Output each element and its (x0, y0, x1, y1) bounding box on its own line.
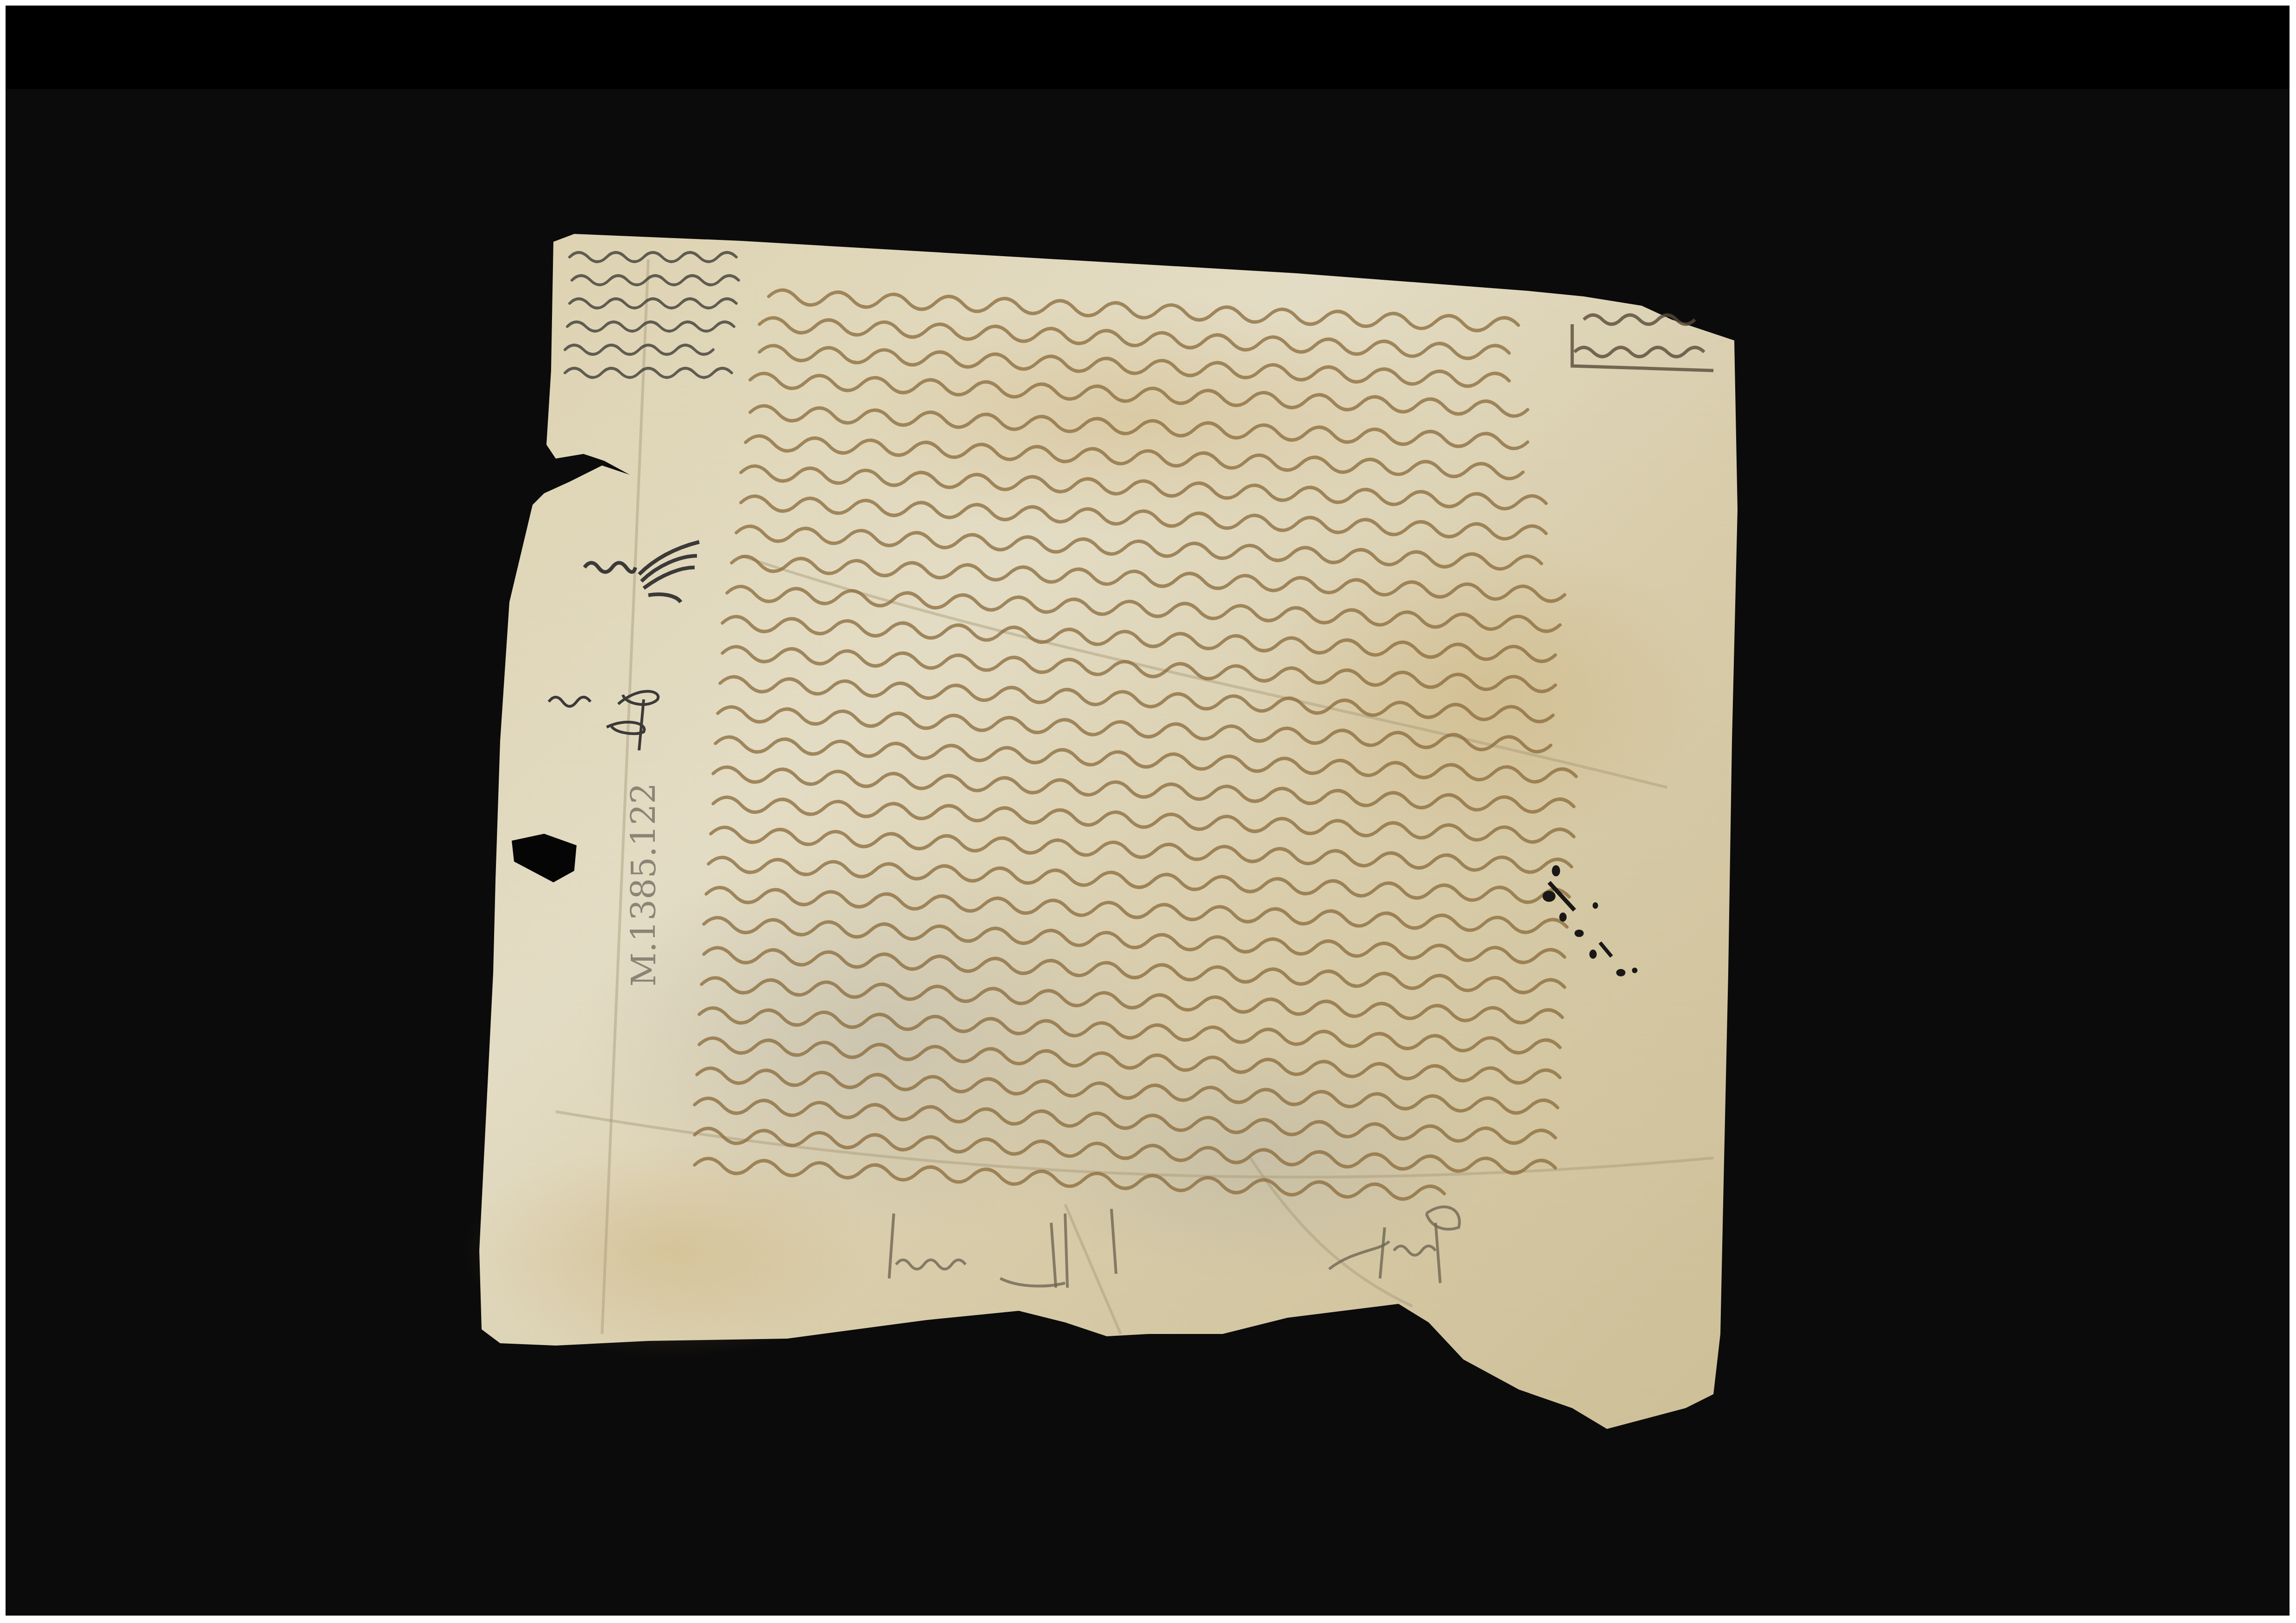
shelfmark: M.1385.122 (624, 783, 663, 987)
parchment-svg: M.1385.122 (0, 0, 2296, 1623)
document-scan: M.1385.122 ...de ... dux aun ...ray ... … (0, 0, 2296, 1623)
